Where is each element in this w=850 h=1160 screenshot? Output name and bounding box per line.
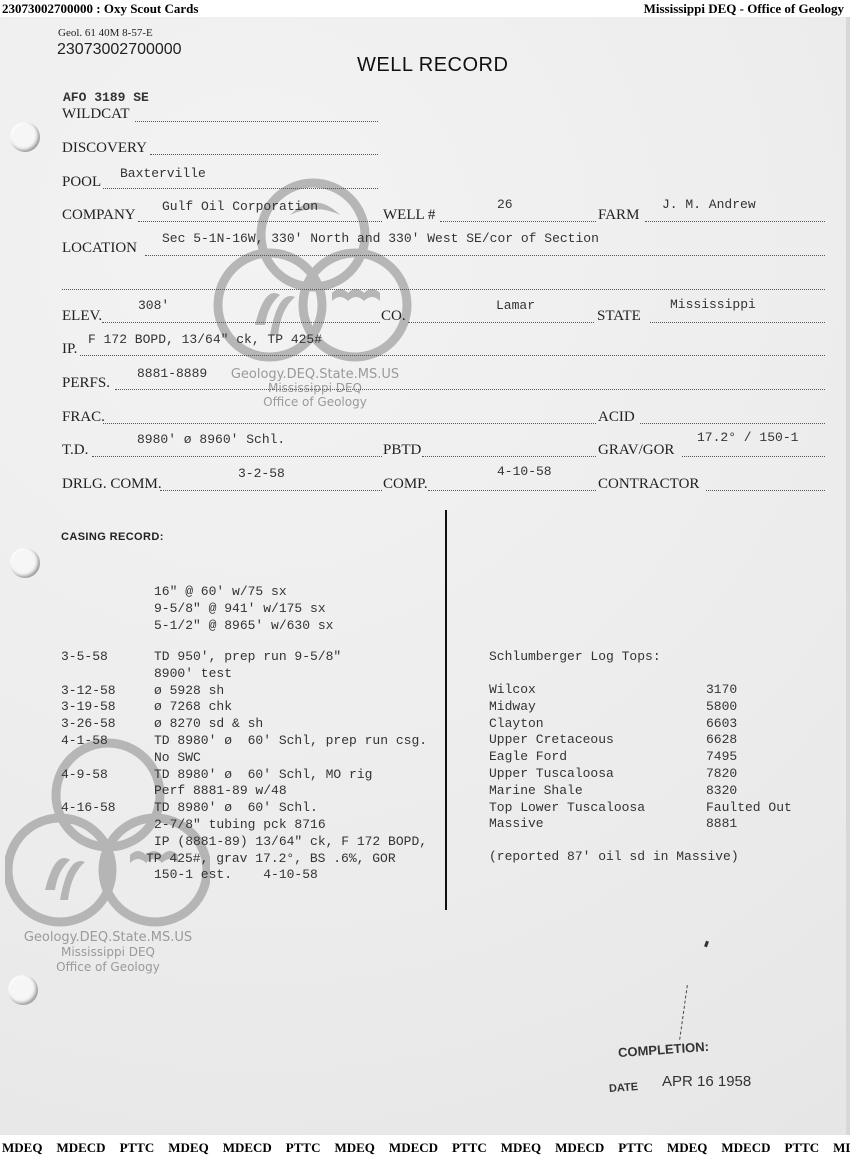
log-top-row: Upper Cretaceous 6628 [489,732,809,749]
elev-label: ELEV. [62,308,102,325]
acid-label: ACID [598,409,635,426]
document-id-title: 23073002700000 : Oxy Scout Cards [2,0,198,17]
footer-tag: PTTC [618,1135,653,1160]
history-text: No SWC [154,750,201,765]
footer-tag: MDEQ [168,1135,208,1160]
watermark-url: Geology.DEQ.State.MS.US [215,367,415,382]
viewer-footer: MDEQMDECDPTTCMDEQMDECDPTTCMDEQMDECDPTTCM… [0,1135,850,1160]
watermark-office: Office of Geology [215,395,415,409]
footer-tag: PTTC [452,1135,487,1160]
footer-tag: PTTC [120,1135,155,1160]
formation-depth: 6628 [706,732,737,747]
grav-gor-value: 17.2° / 150-1 [697,430,798,445]
company-value: Gulf Oil Corporation [162,199,318,214]
state-label: STATE [597,308,641,325]
footer-tag: PTTC [785,1135,820,1160]
agency-title: Mississippi DEQ - Office of Geology [644,0,844,17]
log-top-row: Clayton 6603 [489,716,809,733]
completion-date-label: DATE [609,1081,639,1095]
watermark-agency: Mississippi DEQ [8,945,208,960]
history-text: TD 950', prep run 9-5/8" [154,649,341,664]
comp-label: COMP. [383,476,428,493]
drlg-comm-value: 3-2-58 [238,466,285,481]
hole-punch-icon [8,975,38,1005]
afo-number: AFO 3189 SE [63,90,149,105]
footer-tag: MDECD [721,1135,770,1160]
ip-value: F 172 BOPD, 13/64" ck, TP 425# [88,332,322,347]
log-top-row: Upper Tuscaloosa 7820 [489,766,809,783]
farm-field [645,221,825,222]
formation-name: Wilcox [489,682,536,697]
history-text: 150-1 est. 4-10-58 [154,867,318,882]
log-tops-title: Schlumberger Log Tops: [489,649,661,664]
formation-depth: 6603 [706,716,737,731]
history-text: ø 8270 sd & sh [154,716,263,731]
casing-string: 16" @ 60' w/75 sx [154,583,333,600]
wildcat-label: WILDCAT [62,106,130,123]
history-date: 3-26-58 [61,716,116,731]
history-text: TD 8980' ø 60' Schl, MO rig [154,767,372,782]
discovery-field [150,154,378,155]
contractor-label: CONTRACTOR [598,476,699,493]
watermark-text: Geology.DEQ.State.MS.US Mississippi DEQ … [215,367,415,409]
perfs-label: PERFS. [62,375,110,392]
footer-tag: MDECD [223,1135,272,1160]
footer-tag: MDEQ [2,1135,42,1160]
formation-depth: 8881 [706,816,737,831]
history-text: TP 425#, grav 17.2°, BS .6%, GOR [146,851,396,866]
formation-name: Massive [489,816,544,831]
log-top-row: Eagle Ford 7495 [489,749,809,766]
history-text: ø 7268 chk [154,699,232,714]
history-text: TD 8980' ø 60' Schl, prep run csg. [154,733,427,748]
log-top-row: Wilcox 3170 [489,682,809,699]
hole-punch-icon [10,548,40,578]
footer-tag: MDEQ [501,1135,541,1160]
api-number: 23073002700000 [57,41,182,59]
formation-depth: 5800 [706,699,737,714]
history-date: 4-9-58 [61,767,108,782]
comp-value: 4-10-58 [497,464,552,479]
comp-field [428,490,596,491]
farm-value: J. M. Andrew [662,197,756,212]
td-field [92,456,382,457]
pool-label: POOL [62,174,101,191]
td-label: T.D. [62,442,88,459]
formation-name: Clayton [489,716,544,731]
history-text: Perf 8881-89 w/48 [154,783,287,798]
elev-field [102,322,380,323]
watermark-text: Geology.DEQ.State.MS.US Mississippi DEQ … [8,930,208,975]
footer-tag: MDEQ [833,1135,850,1160]
location-value: Sec 5-1N-16W, 330' North and 330' West S… [162,231,599,246]
state-field [650,322,825,323]
well-number-label: WELL # [383,207,435,224]
formation-name: Midway [489,699,536,714]
pool-field [103,188,378,189]
history-date: 3-5-58 [61,649,108,664]
county-label: CO. [381,308,406,325]
watermark-office: Office of Geology [8,960,208,975]
county-field [408,322,594,323]
log-top-row: Midway 5800 [489,699,809,716]
formation-name: Marine Shale [489,783,583,798]
formation-name: Upper Cretaceous [489,732,614,747]
perfs-value: 8881-8889 [137,366,207,381]
casing-string: 5-1/2" @ 8965' w/630 sx [154,617,333,634]
footer-tag: MDECD [555,1135,604,1160]
frac-field [103,423,596,424]
contractor-field [706,490,825,491]
formation-depth: 8320 [706,783,737,798]
well-number-value: 26 [497,197,513,212]
drlg-comm-label: DRLG. COMM. [62,476,162,493]
history-text: TD 8980' ø 60' Schl. [154,800,318,815]
location-label: LOCATION [62,240,137,257]
history-date: 4-16-58 [61,800,116,815]
hole-punch-icon [10,122,40,152]
perfs-field [115,389,825,390]
pool-value: Baxterville [120,166,206,181]
footer-tag: PTTC [286,1135,321,1160]
elev-value: 308' [138,298,169,313]
frac-label: FRAC. [62,409,105,426]
wildcat-field [135,121,378,122]
history-text: 8900' test [154,666,232,681]
log-tops-note: (reported 87' oil sd in Massive) [489,849,739,864]
page-title: WELL RECORD [357,54,508,77]
log-top-row: Marine Shale 8320 [489,783,809,800]
pbtd-field [422,456,596,457]
grav-gor-field [682,456,825,457]
td-value: 8980' ø 8960' Schl. [137,432,285,447]
history-text: 2-7/8" tubing pck 8716 [154,817,326,832]
formation-depth: 7495 [706,749,737,764]
formation-depth: 7820 [706,766,737,781]
well-number-field [440,221,596,222]
history-text: IP (8881-89) 13/64" ck, F 172 BOPD, [154,834,427,849]
card-edge [846,17,850,1135]
state-value: Mississippi [670,297,756,312]
footer-tag: MDEQ [334,1135,374,1160]
footer-tag: MDEQ [667,1135,707,1160]
formation-depth: 3170 [706,682,737,697]
formation-name: Eagle Ford [489,749,567,764]
location-field-line2 [62,289,825,290]
history-text: ø 5928 sh [154,683,224,698]
footer-tag: MDECD [56,1135,105,1160]
history-date: 4-1-58 [61,733,108,748]
column-divider [445,510,447,910]
casing-strings-list: 16" @ 60' w/75 sx 9-5/8" @ 941' w/175 sx… [154,583,333,634]
county-value: Lamar [496,298,535,313]
viewer-header: 23073002700000 : Oxy Scout Cards Mississ… [0,0,850,17]
pbtd-label: PBTD [383,442,421,459]
drlg-comm-field [160,490,382,491]
watermark-url: Geology.DEQ.State.MS.US [8,930,208,945]
log-tops-table: Wilcox 3170 Midway 5800 Clayton 6603 Upp… [489,682,809,833]
discovery-label: DISCOVERY [62,140,147,157]
formation-name: Upper Tuscaloosa [489,766,614,781]
history-date: 3-12-58 [61,683,116,698]
casing-string: 9-5/8" @ 941' w/175 sx [154,600,333,617]
company-label: COMPANY [62,207,136,224]
ip-label: IP. [62,341,77,358]
log-top-row: Top Lower Tuscaloosa Faulted Out [489,800,809,817]
farm-label: FARM [598,207,639,224]
location-field [145,255,825,256]
formation-name: Top Lower Tuscaloosa [489,800,645,815]
acid-field [640,423,825,424]
completion-date-value: APR 16 1958 [662,1073,751,1090]
casing-record-title: CASING RECORD: [61,531,164,543]
form-code: Geol. 61 40M 8-57-E [58,27,153,39]
grav-gor-label: GRAV/GOR [598,442,674,459]
footer-tag: MDECD [389,1135,438,1160]
formation-depth: Faulted Out [706,800,792,815]
ip-field [80,355,825,356]
company-field [138,221,382,222]
history-date: 3-19-58 [61,699,116,714]
log-top-row: Massive 8881 [489,816,809,833]
